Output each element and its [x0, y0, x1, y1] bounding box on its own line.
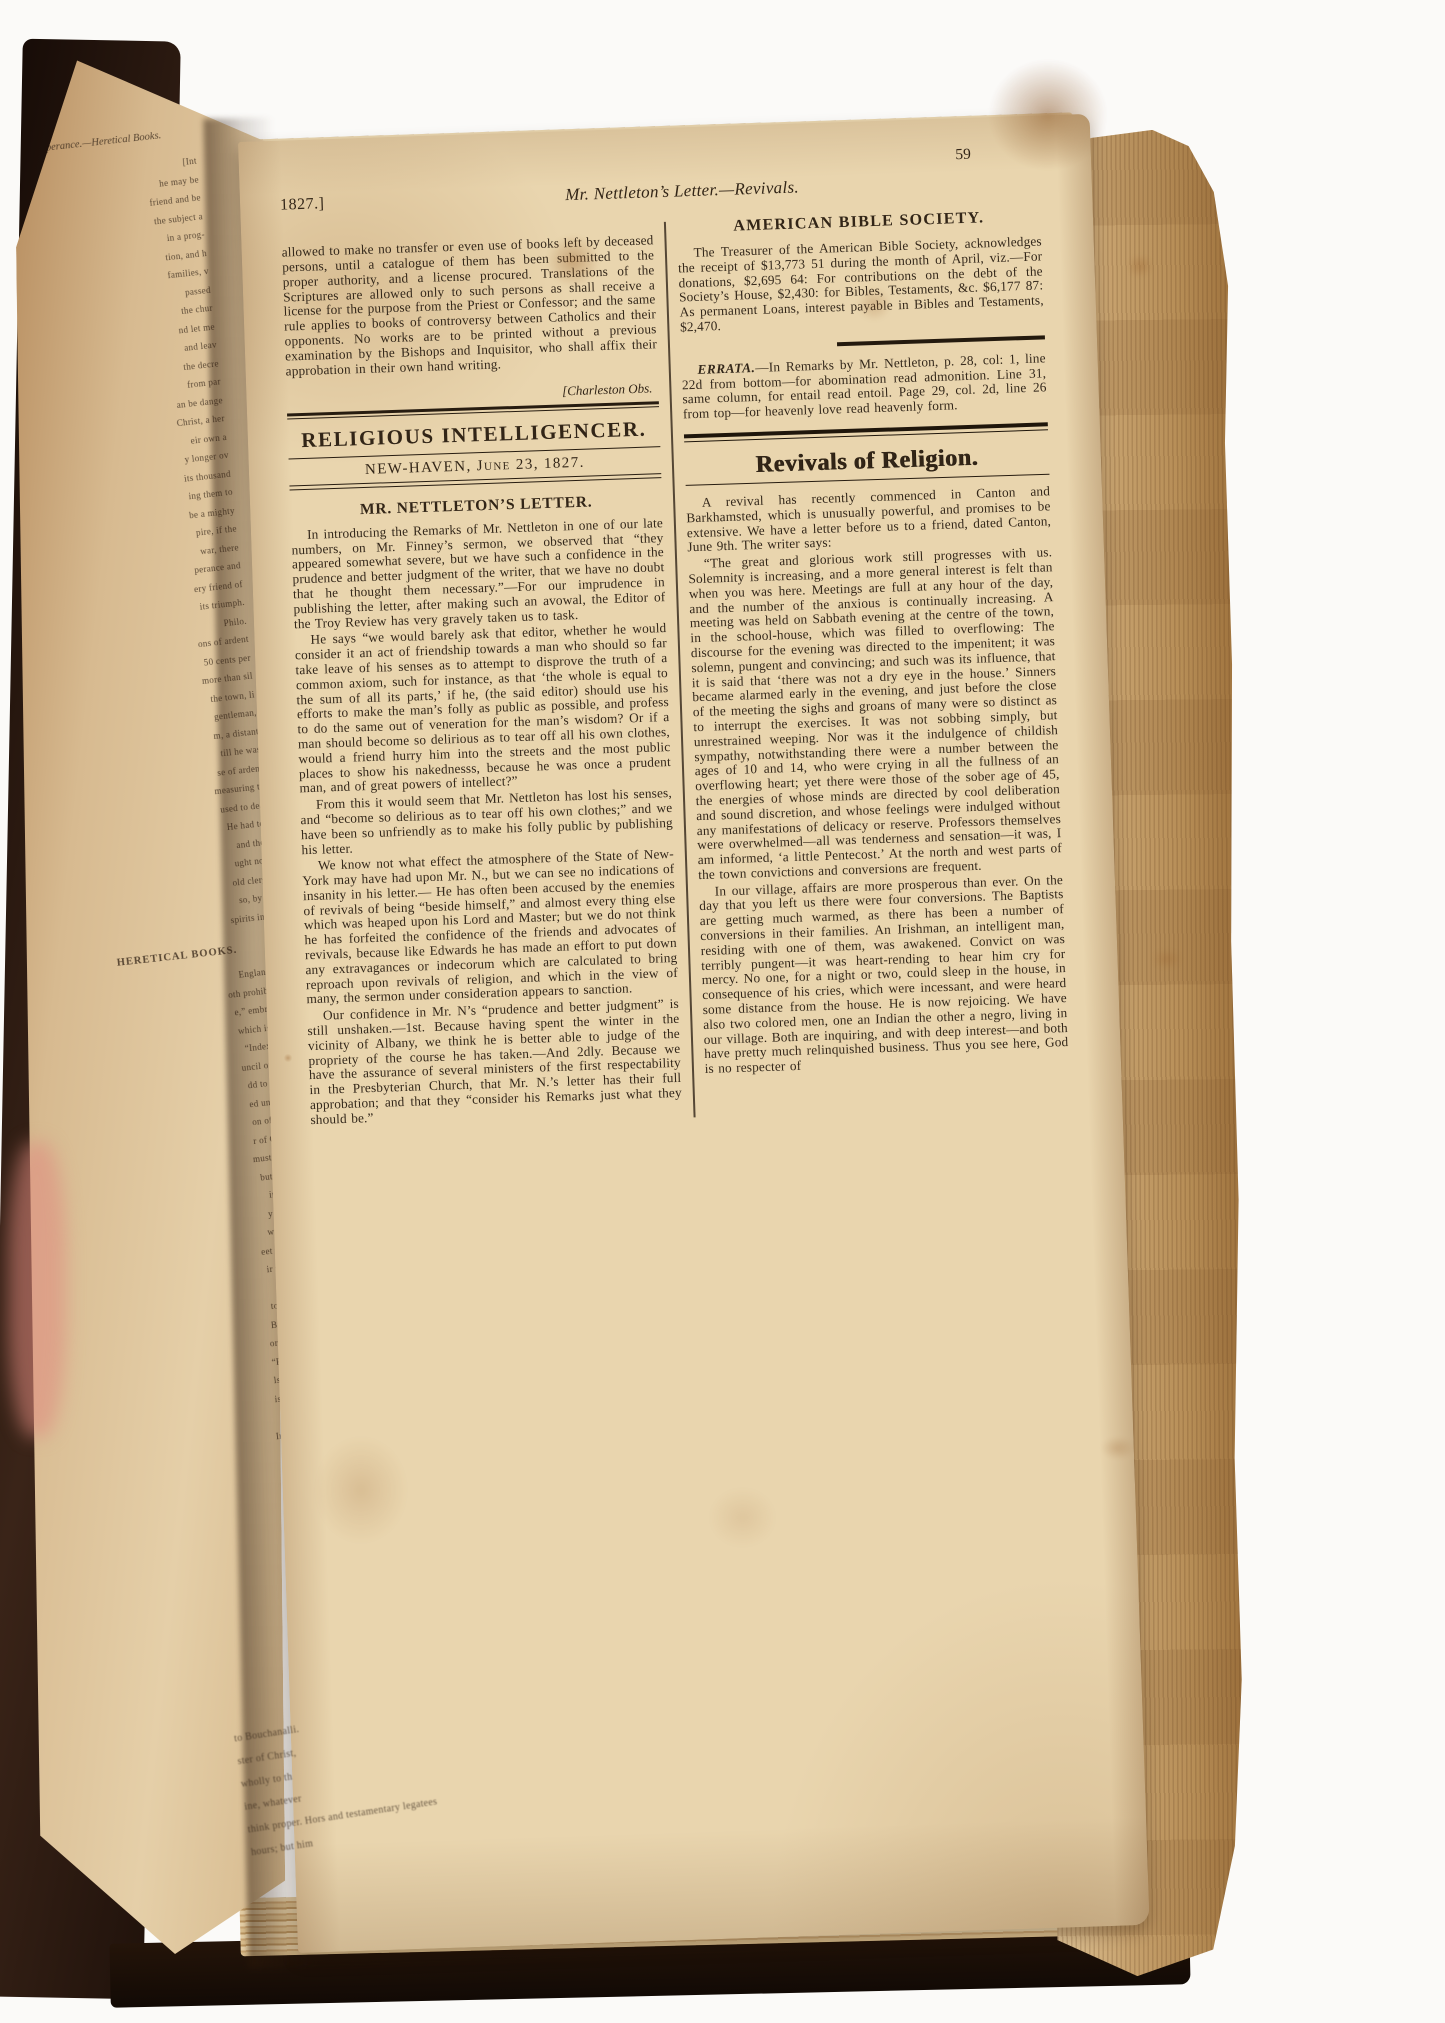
right-column: AMERICAN BIBLE SOCIETY. The Treasurer of… — [676, 207, 1070, 1116]
pink-smudge — [8, 1142, 66, 1437]
revivals-rule-top — [684, 422, 1048, 442]
article-continuation: allowed to make no transfer or even use … — [281, 234, 657, 379]
article-paragraph: Our confidence in Mr. N’s “prudence and … — [307, 997, 683, 1128]
book-photo: Intemperance.—Heretical Books. [Inthe ma… — [0, 0, 1445, 2023]
page-year: 1827.] — [280, 195, 325, 214]
errata-rule — [837, 335, 1045, 346]
page-number: 59 — [955, 146, 971, 165]
article-paragraph: In introducing the Remarks of Mr. Nettle… — [291, 516, 666, 632]
article-paragraph: He says “we would barely ask that editor… — [294, 621, 671, 796]
running-title: Mr. Nettleton’s Letter.—Revivals. — [324, 169, 1040, 213]
article-paragraph: From this it would seem that Mr. Nettlet… — [300, 786, 674, 857]
article-paragraph: We know not what effect the atmosphere o… — [302, 847, 679, 1007]
errata-paragraph: ERRATA.—In Remarks by Mr. Nettleton, p. … — [681, 351, 1047, 422]
left-column: allowed to make no transfer or even use … — [281, 220, 683, 1129]
society-paragraph: The Treasurer of the American Bible Soci… — [677, 234, 1044, 335]
revival-paragraph: “The great and glorious work still progr… — [688, 545, 1063, 882]
society-heading: AMERICAN BIBLE SOCIETY. — [676, 207, 1041, 237]
running-header: 1827.] Mr. Nettleton’s Letter.—Revivals.… — [280, 169, 1040, 214]
article-body: In introducing the Remarks of Mr. Nettle… — [291, 516, 683, 1128]
revival-paragraph: In our village, affairs are more prosper… — [699, 873, 1069, 1077]
revival-paragraph: A revival has recently commenced in Cant… — [686, 484, 1052, 555]
revivals-body: A revival has recently commenced in Cant… — [686, 484, 1069, 1077]
two-column-layout: allowed to make no transfer or even use … — [281, 207, 1070, 1129]
